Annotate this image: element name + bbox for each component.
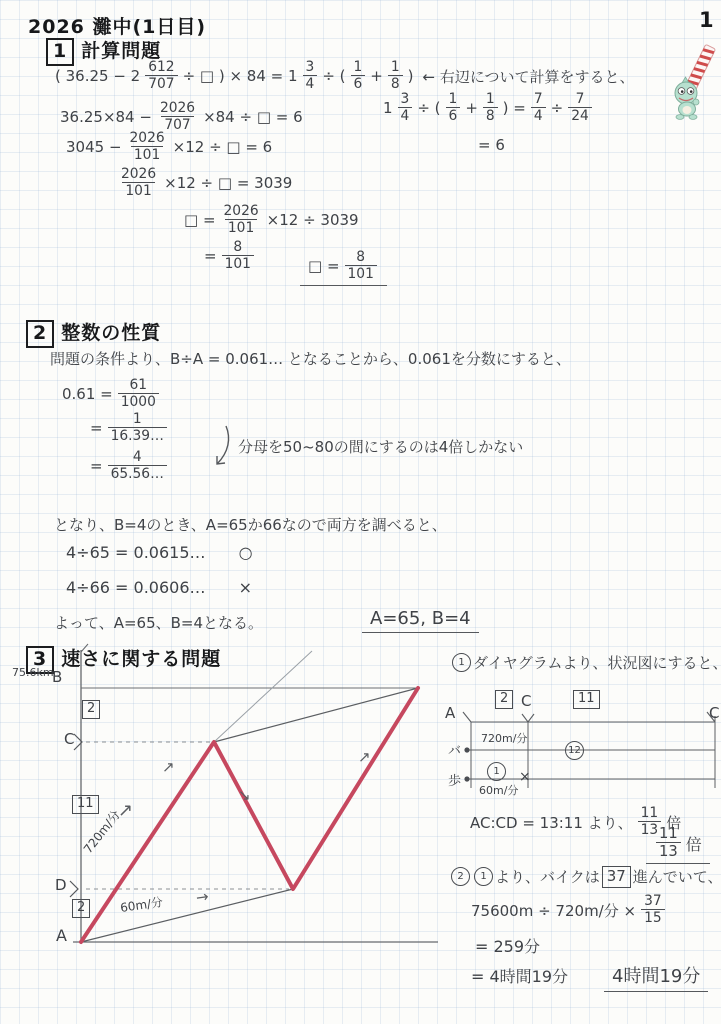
denominator: 101 (222, 255, 254, 272)
calc-result-hours: = 4時間19分 (471, 964, 568, 987)
numerator: 1 (130, 412, 145, 427)
walk-start-dot (464, 776, 469, 781)
page-title: 2026 灘中(1日目) (28, 12, 206, 39)
fraction: 34 (398, 92, 413, 124)
check-line: 4÷66 = 0.0606… × (66, 578, 252, 597)
fraction: 74 (531, 92, 546, 124)
denominator: 24 (568, 107, 592, 124)
point-c-label: C (64, 730, 74, 748)
math-text: + (465, 99, 478, 117)
point-b-label: B (52, 668, 62, 686)
diagram-a-label: A (445, 704, 455, 722)
answer-box-value: □ = 8101 (300, 250, 387, 286)
math-text: = (90, 457, 103, 475)
equation-step: 2026101 ×12 ÷ □ = 3039 (116, 167, 292, 199)
equation-step: 36.25×84 − 2026707 ×84 ÷ □ = 6 (60, 101, 303, 133)
fraction: 3715 (641, 894, 665, 926)
notebook-page: 2026 灘中(1日目) 1 (0, 0, 721, 1024)
numerator: 1 (388, 60, 403, 75)
equation-step: 3045 − 2026101 ×12 ÷ □ = 6 (66, 131, 272, 163)
denominator: 16.39… (108, 427, 167, 444)
numerator: 2026 (118, 167, 159, 182)
math-text: = (204, 247, 217, 265)
distance-axis-label: 75.6km (12, 666, 54, 679)
fraction: 611000 (118, 378, 159, 410)
numerator: 1 (446, 92, 461, 107)
math-text: + (370, 67, 383, 85)
circled-number-1-ref: 1 (474, 867, 493, 886)
denominator: 101 (225, 219, 257, 236)
math-text: ÷ ( (322, 67, 345, 85)
bike-start-dot (464, 747, 469, 752)
math-text: = (90, 419, 103, 437)
direction-arrow-icon: ↘ (238, 786, 251, 804)
numerator: 7 (573, 92, 588, 107)
numerator: 8 (230, 240, 245, 255)
equation-step: □ = 2026101 ×12 ÷ 3039 (184, 204, 359, 236)
equation-step: = 116.39… (90, 412, 169, 444)
wrong-mark: × (239, 578, 252, 597)
bike-ratio-circled: 12 (565, 741, 584, 760)
ratio-answer: 1113 倍 (646, 826, 710, 864)
denominator: 4 (398, 107, 413, 124)
math-text: ×12 ÷ □ = 6 (173, 138, 273, 156)
annotation-note: ← 右辺について計算をすると、 (423, 66, 635, 87)
subproblem-2-text: 進んでいて、 (633, 866, 721, 887)
numerator: 612 (145, 60, 177, 75)
up-right-arrow-icon: ↗ (118, 800, 133, 821)
extension-line (214, 651, 312, 742)
equation-right-work: 1 34 ÷ ( 16 + 18 ) = 74 ÷ 724 (383, 92, 594, 124)
y-axis-tick (81, 644, 88, 652)
diagram-segment-2: 11 (573, 690, 600, 709)
subproblem-2-heading: 2 1 より、バイクは 37 進んでいて、 (449, 866, 721, 888)
calc-result-minutes: = 259分 (475, 934, 540, 957)
subproblem-1-heading: 1 ダイヤグラムより、状況図にすると、 (450, 652, 721, 673)
fraction: 18 (388, 60, 403, 92)
numerator: 37 (641, 894, 665, 909)
numerator: 2026 (221, 204, 262, 219)
fraction: 8101 (345, 250, 377, 282)
conclusion-line: よって、A=65、B=4となる。 (54, 612, 263, 633)
numerator: 61 (127, 378, 151, 393)
numerator: 7 (531, 92, 546, 107)
fraction: 2026707 (157, 101, 198, 133)
math-text: 1 (383, 99, 393, 117)
point-a-label: A (56, 926, 67, 945)
denominator: 8 (388, 75, 403, 92)
numerator: 1 (483, 92, 498, 107)
diagram-segment-1: 2 (495, 690, 513, 709)
math-text: ×84 ÷ □ = 6 (203, 108, 303, 126)
numerator: 11 (656, 826, 681, 842)
situation-diagram: A 2 C 11 C バ 720m/分 12 歩 1 × 60m/分 (443, 688, 721, 800)
diagram-c-label: C (521, 692, 531, 710)
math-text: □ = (184, 211, 216, 229)
equation-step: = 465.56… (90, 450, 169, 482)
time-distance-graph (0, 640, 445, 970)
math-text: ÷ (551, 99, 564, 117)
math-text: ) (408, 67, 414, 85)
segment-ratio-bc: 2 (82, 700, 100, 719)
section-2-number: 2 (26, 320, 54, 348)
denominator: 65.56… (108, 465, 167, 482)
denominator: 707 (145, 75, 177, 92)
denominator: 4 (531, 107, 546, 124)
math-text: 4÷65 = 0.0615… (66, 543, 206, 562)
diagram-c2-label: C (709, 704, 719, 722)
mid-tick (522, 714, 534, 722)
circled-number-2: 2 (451, 867, 470, 886)
numerator: 1 (351, 60, 366, 75)
math-text: ×12 ÷ 3039 (267, 211, 359, 229)
page-number: 1 (699, 8, 715, 32)
statement-line: 問題の条件より、B÷A = 0.061… となることから、0.061を分数にする… (50, 348, 571, 369)
equation-step: 0.61 = 611000 (62, 378, 161, 410)
numerator: 3 (398, 92, 413, 107)
d-tick (70, 881, 78, 897)
walk-row-label: 歩 (448, 770, 461, 789)
section-2-heading: 2整数の性質 (26, 318, 161, 348)
math-text: ÷ ( (417, 99, 440, 117)
subproblem-2-text: より、バイクは (495, 866, 600, 887)
answer-value: A=65, B=4 (362, 608, 479, 633)
segment-ratio-da: 2 (72, 899, 90, 918)
denominator: 6 (351, 75, 366, 92)
meeting-cross-mark: × (519, 769, 531, 785)
math-text: ) = (503, 99, 526, 117)
denominator: 4 (303, 75, 318, 92)
fraction: 1113 (656, 826, 681, 860)
math-text: ( 36.25 − 2 (55, 67, 140, 85)
denominator: 101 (122, 182, 154, 199)
numerator: 3 (303, 60, 318, 75)
statement-line: となり、B=4のとき、A=65か66なので両方を調べると、 (54, 514, 447, 535)
denominator: 8 (483, 107, 498, 124)
numerator: 11 (638, 806, 662, 821)
equation-step: = 8101 (204, 240, 256, 272)
diagram-walk-speed: 60m/分 (479, 782, 518, 798)
math-text: 36.25×84 − (60, 108, 152, 126)
fraction: 612707 (145, 60, 177, 92)
equation-right-result: = 6 (478, 136, 505, 154)
numerator: 4 (130, 450, 145, 465)
numerator: 2026 (127, 131, 168, 146)
circled-number-1: 1 (452, 653, 471, 672)
answer-time: 4時間19分 (604, 962, 708, 992)
segment-ratio-cd: 11 (72, 795, 99, 814)
direction-arrow-icon: ↗ (162, 758, 175, 776)
direction-arrow-icon: ↗ (358, 748, 371, 766)
denominator: 6 (446, 107, 461, 124)
math-text: ×12 ÷ □ = 3039 (164, 174, 292, 192)
pencil-mascot-sticker (670, 42, 718, 124)
boxed-ratio-37: 37 (602, 866, 631, 888)
right-arrow-icon: → (195, 887, 210, 907)
denominator: 1000 (118, 393, 159, 410)
check-line: 4÷65 = 0.0615… ○ (66, 543, 253, 562)
fraction: 16 (351, 60, 366, 92)
fraction: 34 (303, 60, 318, 92)
fraction: 465.56… (108, 450, 167, 482)
left-tick (463, 712, 471, 722)
denominator: 101 (131, 146, 163, 163)
math-text: 0.61 = (62, 385, 113, 403)
math-text: 75600m ÷ 720m/分 × (471, 900, 636, 921)
denominator: 15 (641, 909, 665, 926)
bike-row-label: バ (448, 740, 461, 759)
diagram-bike-speed: 720m/分 (481, 730, 527, 746)
fraction: 18 (483, 92, 498, 124)
equation-problem: ( 36.25 − 2 612707 ÷ □ ) × 84 = 1 34 ÷ (… (55, 60, 635, 92)
fraction: 8101 (222, 240, 254, 272)
numerator: 2026 (157, 101, 198, 116)
subproblem-1-text: ダイヤグラムより、状況図にすると、 (473, 652, 721, 673)
math-text: 4÷66 = 0.0606… (66, 578, 206, 597)
annotation-note: 分母を50~80の間にするのは4倍しかない (238, 436, 523, 457)
walk-ratio-circled: 1 (487, 762, 506, 781)
math-text: □ = (308, 257, 340, 275)
point-d-label: D (55, 876, 67, 894)
fraction: 16 (446, 92, 461, 124)
section-2-title: 整数の性質 (61, 322, 161, 344)
math-text: 倍 (686, 832, 702, 855)
math-text: ÷ □ ) × 84 = 1 (183, 67, 298, 85)
curved-arrow-icon (208, 424, 234, 470)
math-text: 3045 − (66, 138, 122, 156)
fraction: 2026101 (118, 167, 159, 199)
denominator: 101 (345, 265, 377, 282)
calc-equation: 75600m ÷ 720m/分 × 3715 (471, 894, 667, 926)
math-text: = 6 (478, 136, 505, 154)
math-text: AC:CD = 13:11 より、 (470, 812, 633, 833)
fraction: 724 (568, 92, 592, 124)
fraction: 2026101 (221, 204, 262, 236)
numerator: 8 (353, 250, 368, 265)
fraction: 116.39… (108, 412, 167, 444)
fraction: 2026101 (127, 131, 168, 163)
correct-mark: ○ (239, 543, 253, 562)
denominator: 13 (656, 842, 681, 860)
